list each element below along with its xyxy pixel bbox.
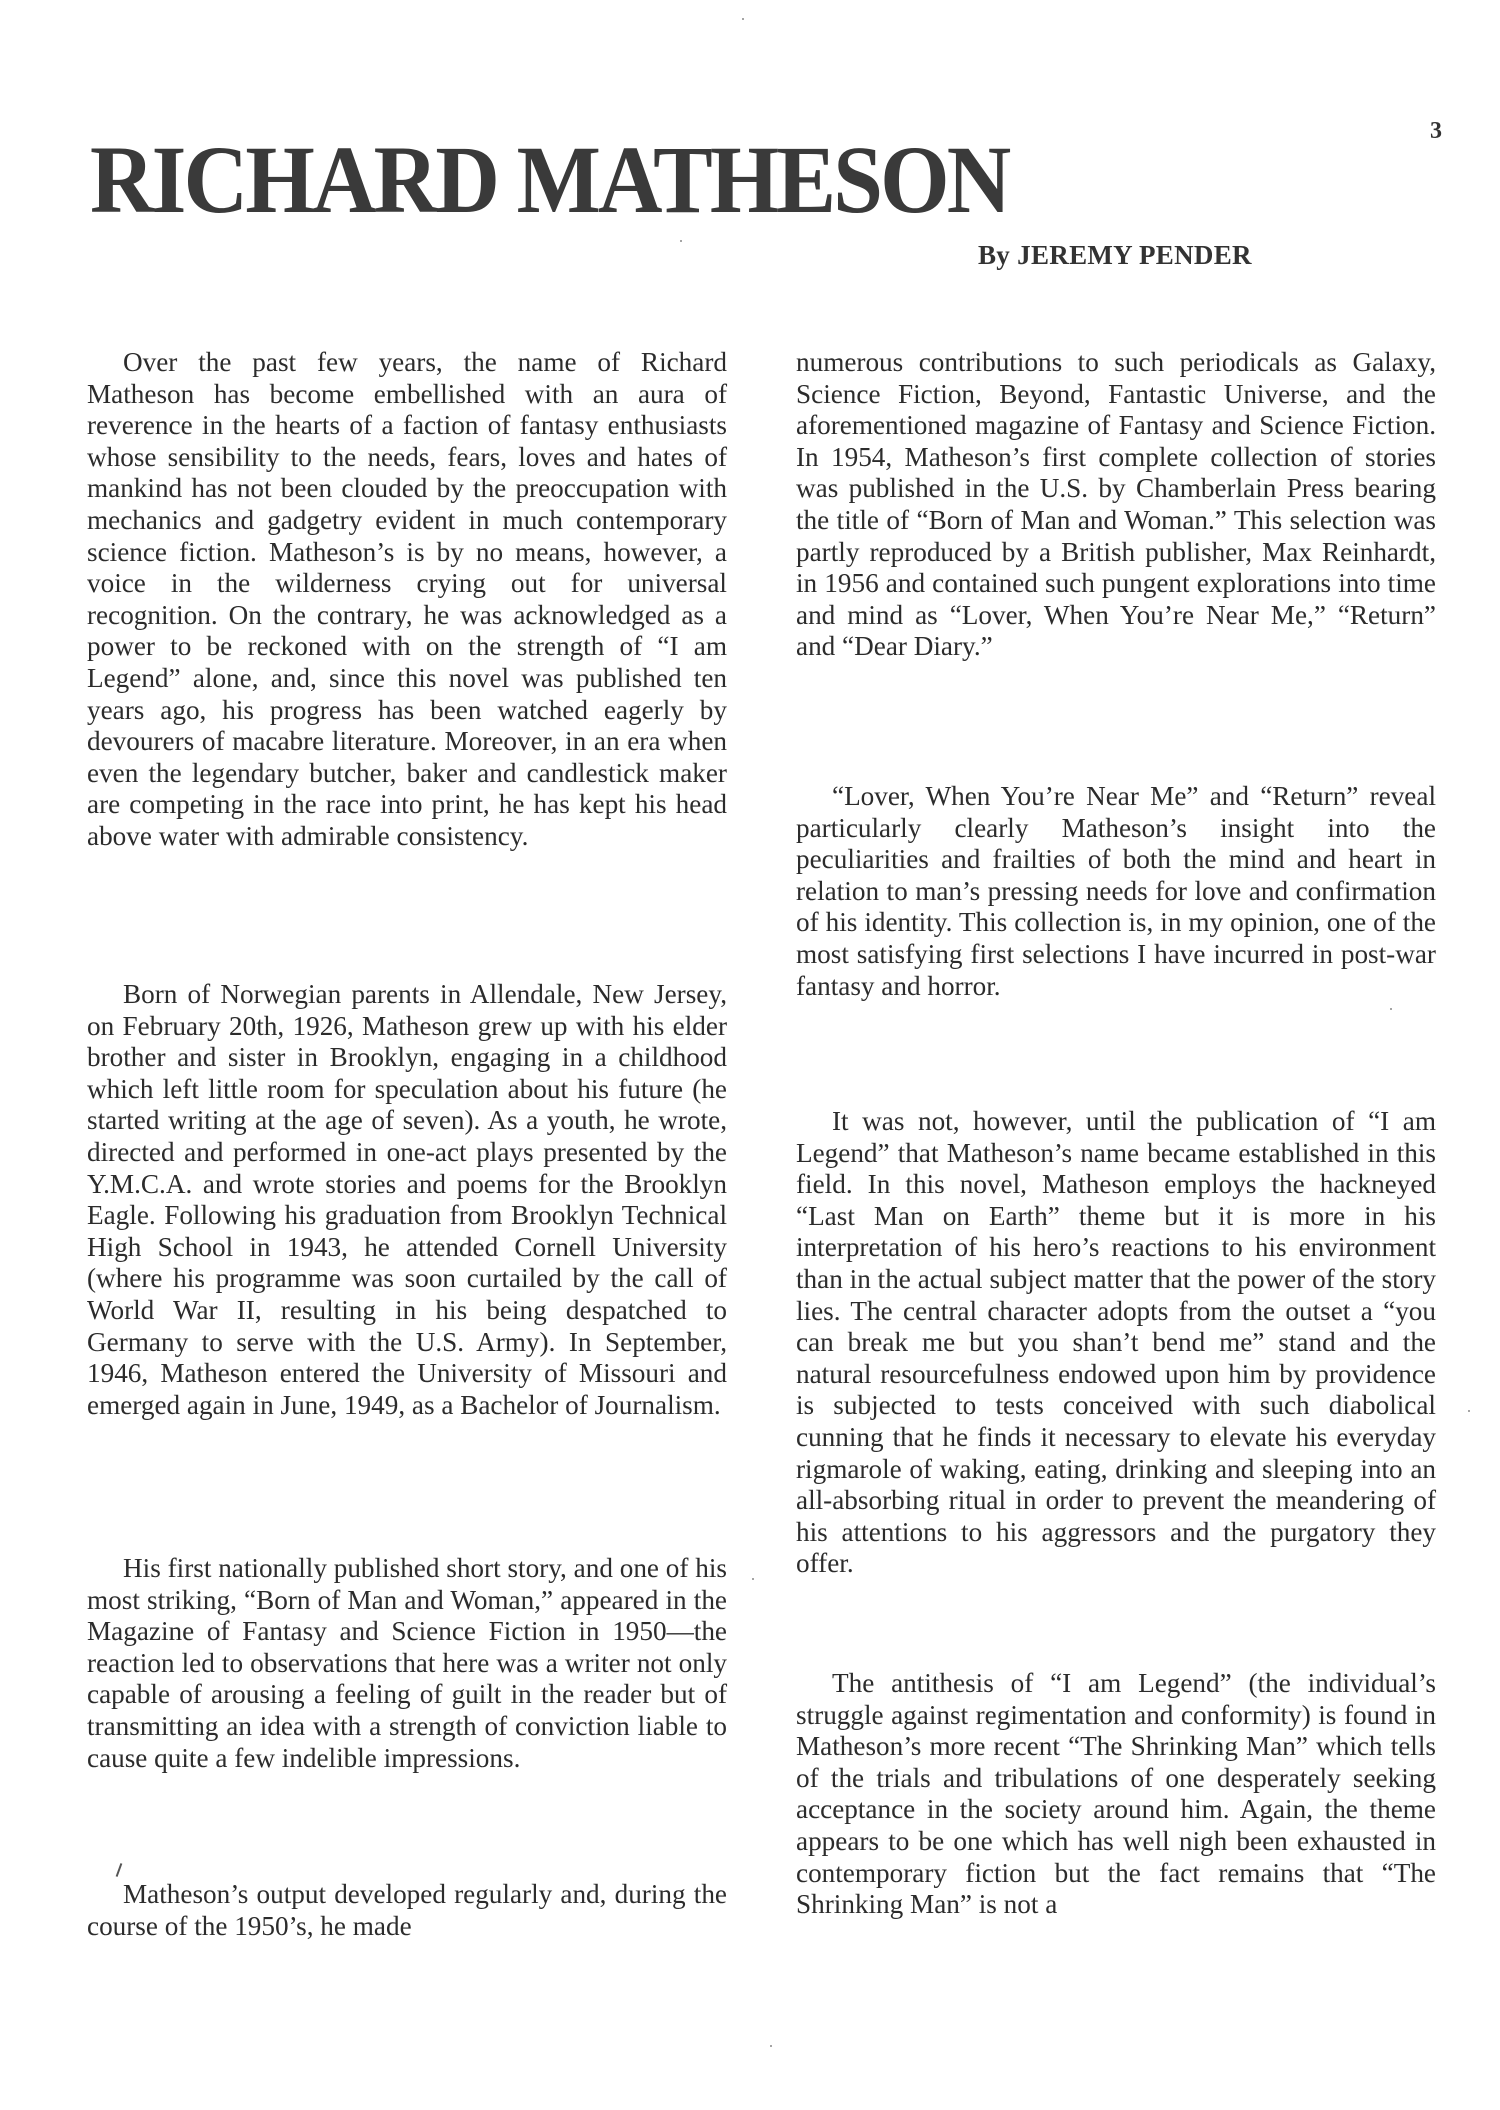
paragraph-lover-return: “Lover, When You’re Near Me” and “Return… <box>796 781 1436 1002</box>
paragraph-i-am-legend: It was not, however, until the publicati… <box>796 1106 1436 1580</box>
scan-speck <box>1390 1008 1392 1010</box>
article-byline: By JEREMY PENDER <box>978 240 1252 271</box>
scan-speck <box>770 2045 772 2047</box>
scan-speck <box>742 18 744 20</box>
paragraph-first-story: His first nationally published short sto… <box>87 1553 727 1774</box>
paragraph-shrinking-man: The antithesis of “I am Legend” (the ind… <box>796 1668 1436 1921</box>
paragraph-early-life: Born of Norwegian parents in Allendale, … <box>87 979 727 1421</box>
paragraph-output: Matheson’s output developed regularly an… <box>87 1879 727 1942</box>
stray-ink-mark <box>116 1863 123 1877</box>
article-title: RICHARD MATHESON <box>90 132 1008 228</box>
page-number: 3 <box>1430 118 1442 145</box>
paragraph-contributions: numerous contributions to such periodica… <box>796 347 1436 663</box>
scan-speck <box>1468 1410 1470 1412</box>
scan-speck <box>752 1578 754 1580</box>
paragraph-intro: Over the past few years, the name of Ric… <box>87 347 727 853</box>
scan-speck <box>680 240 682 242</box>
